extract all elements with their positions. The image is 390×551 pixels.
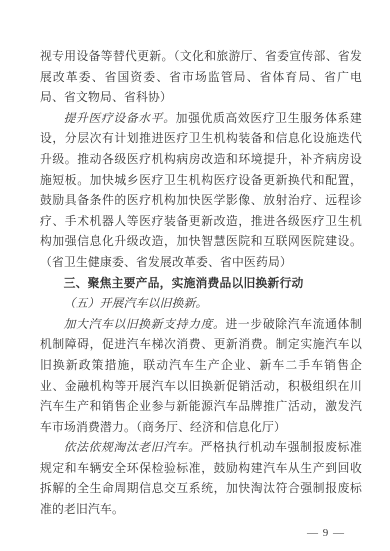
subsection-heading: （五）开展汽车以旧换新。 [40, 293, 362, 314]
paragraph-lead-sentence: 加大汽车以旧换新支持力度。 [64, 317, 226, 331]
paragraph-continuation: 视专用设备等替代更新。（文化和旅游厅、省委宣传部、省发展改革委、省国资委、省市场… [40, 46, 362, 108]
paragraph-medical-equipment: 提升医疗设备水平。加强优质高效医疗卫生服务体系建设，分层次有计划推进医疗卫生机构… [40, 108, 362, 273]
paragraph-text: 视专用设备等替代更新。（文化和旅游厅、省委宣传部、省发展改革委、省国资委、省市场… [40, 49, 362, 104]
section-heading-text: 三、聚焦主要产品，实施消费品以旧换新行动 [64, 276, 304, 290]
section-heading: 三、聚焦主要产品，实施消费品以旧换新行动 [40, 273, 362, 294]
paragraph-text: 加强优质高效医疗卫生服务体系建设，分层次有计划推进医疗卫生机构装备和信息化设施迭… [40, 111, 362, 269]
paragraph-auto-tradein: 加大汽车以旧换新支持力度。进一步破除汽车流通体制机制障碍，促进汽车梯次消费、更新… [40, 314, 362, 438]
page-number: — 9 — [40, 526, 362, 540]
paragraph-lead-sentence: 依法依规淘汰老旧汽车。 [64, 440, 201, 454]
paragraph-text: 进一步破除汽车流通体制机制障碍，促进汽车梯次消费、更新消费。制定实施汽车以旧换新… [40, 317, 362, 434]
document-page: 视专用设备等替代更新。（文化和旅游厅、省委宣传部、省发展改革委、省国资委、省市场… [0, 0, 390, 551]
subsection-heading-text: （五）开展汽车以旧换新。 [64, 296, 208, 310]
paragraph-old-vehicle-scrap: 依法依规淘汰老旧汽车。严格执行机动车强制报废标准规定和车辆安全环保检验标准，鼓励… [40, 437, 362, 519]
paragraph-lead-sentence: 提升医疗设备水平。 [64, 111, 176, 125]
